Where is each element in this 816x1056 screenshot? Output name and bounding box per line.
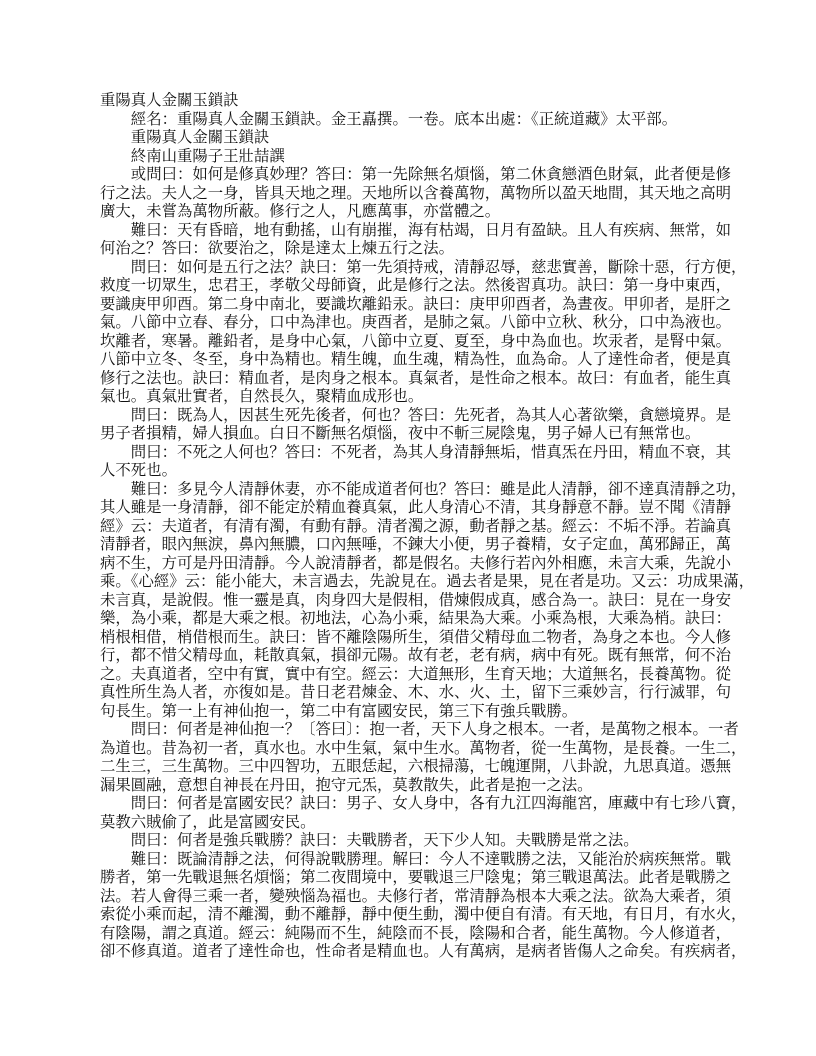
text-line: 勝者，第一先戰退無名煩惱；第二夜間境中，要戰退三尸陰鬼；第三戰退萬法。此者是戰勝… bbox=[100, 869, 760, 888]
text-block: 重陽真人金關玉鎖訣經名：重陽真人金關玉鎖訣。金王嚞撰。一卷。底本出處：《正統道藏… bbox=[100, 92, 760, 962]
text-line: 修行之法也。訣曰：精血者，是肉身之根本。真氣者，是性命之根本。故曰：有血者，能生… bbox=[100, 370, 760, 389]
text-line: 未言真，是說假。惟一靈是真，肉身四大是假相，借煉假成真，感合為一。訣曰：見在一身… bbox=[100, 592, 760, 611]
text-line: 二生三，三生萬物。三中四智功，五眼恁起，六根掃蕩，七魄運開，八卦說，九思真道。憑… bbox=[100, 758, 760, 777]
text-line: 為道也。昔為初一者，真水也。水中生氣，氣中生水。萬物者，從一生萬物，是長養。一生… bbox=[100, 740, 760, 759]
text-line: 問曰：不死之人何也？答曰：不死者，為其人身清靜無垢，惜真炁在丹田，精血不衰，其 bbox=[100, 444, 760, 463]
text-line: 要識庚甲卯酉。第二身中南北，要識坎離鉛汞。訣曰：庚甲卯酉者，為晝夜。甲卯者，是肝… bbox=[100, 296, 760, 315]
text-line: 問曰：既為人，因甚生死先後者，何也？答曰：先死者，為其人心著欲樂，貪戀境界。是 bbox=[100, 407, 760, 426]
text-line: 索從小乘而起，清不離濁，動不離靜，靜中便生動，濁中便自有清。有天地，有日月，有水… bbox=[100, 906, 760, 925]
text-line: 經名：重陽真人金關玉鎖訣。金王嚞撰。一卷。底本出處：《正統道藏》太平部。 bbox=[100, 111, 760, 130]
text-line: 梢根相借，梢借根而生。訣曰：皆不離陰陽所生，須借父精母血二物者，為身之本也。今人… bbox=[100, 629, 760, 648]
text-line: 真性所生為人者，亦復如是。昔日老君煉金、木、水、火、土，留下三乘妙言，行行滅罪，… bbox=[100, 684, 760, 703]
text-line: 病不生，方可是丹田清靜。今人說清靜者，都是假名。夫修行若內外相應，未言大乘，先說… bbox=[100, 555, 760, 574]
text-line: 句長生。第一上有神仙抱一，第二中有富國安民，第三下有強兵戰勝。 bbox=[100, 703, 760, 722]
text-line: 卻不修真道。道者了達性命也，性命者是精血也。人有萬病，是病者皆傷人之命矣。有疾病… bbox=[100, 943, 760, 962]
text-line: 難曰：既論清靜之法，何得說戰勝理。解曰：今人不達戰勝之法，又能治於病疾無常。戰 bbox=[100, 851, 760, 870]
text-line: 氣也。真氣壯實者，自然長久，聚精血成形也。 bbox=[100, 388, 760, 407]
text-line: 行，都不惜父精母血，耗散真氣，損卻元陽。故有老，老有病，病中有死。既有無常，何不… bbox=[100, 647, 760, 666]
text-line: 何治之？答曰：欲要治之，除是達太上煉五行之法。 bbox=[100, 240, 760, 259]
text-line: 法。若人會得三乘一者，變殃惱為福也。夫修行者，常清靜為根本大乘之法。欲為大乘者，… bbox=[100, 888, 760, 907]
text-line: 男子者損精，婦人損血。白日不斷無名煩惱，夜中不斬三屍陰鬼，男子婦人已有無常也。 bbox=[100, 425, 760, 444]
text-line: 坎離者，寒暑。離鉛者，是身中心氣，八節中立夏、夏至，身中為血也。坎汞者，是腎中氣… bbox=[100, 333, 760, 352]
text-line: 行之法。夫人之一身，皆具天地之理。天地所以含養萬物，萬物所以盈天地間，其天地之高… bbox=[100, 185, 760, 204]
text-line: 漏果圓融，意想自神長在丹田，抱守元炁，莫教散失，此者是抱一之法。 bbox=[100, 777, 760, 796]
text-line: 經》云：夫道者，有清有濁，有動有靜。清者濁之源，動者靜之基。經云：不垢不淨。若論… bbox=[100, 518, 760, 537]
text-line: 有陰陽，謂之真道。經云：純陽而不生，純陰而不長，陰陽和合者，能生萬物。今人修道者… bbox=[100, 925, 760, 944]
text-line: 人不死也。 bbox=[100, 462, 760, 481]
text-line: 乘。《心經》云：能小能大，未言過去，先說見在。過去者是果，見在者是功。又云：功成… bbox=[100, 573, 760, 592]
text-line: 問曰：何者是富國安民？訣曰：男子、女人身中，各有九江四海龍宮，庫藏中有七珍八寶， bbox=[100, 795, 760, 814]
text-line: 終南山重陽子王壯喆譔 bbox=[100, 148, 760, 167]
text-line: 之。夫真道者，空中有實，實中有空。經云：大道無形，生育天地；大道無名，長養萬物。… bbox=[100, 666, 760, 685]
text-line: 或問曰：如何是修真妙理？答曰：第一先除無名煩惱，第二休貪戀酒色財氣，此者便是修 bbox=[100, 166, 760, 185]
text-line: 重陽真人金關玉鎖訣 bbox=[100, 129, 760, 148]
text-line: 難曰：多見今人清靜休妻，亦不能成道者何也？答曰：雖是此人清靜，卻不達真清靜之功， bbox=[100, 481, 760, 500]
text-line: 樂，為小乘，都是大乘之根。初地法，心為小乘，結果為大乘。小乘為根，大乘為梢。訣曰… bbox=[100, 610, 760, 629]
text-line: 莫教六賊偷了，此是富國安民。 bbox=[100, 814, 760, 833]
text-line: 清靜者，眼內無淚，鼻內無膿，口內無唾，不鍊大小便，男子養精，女子定血，萬邪歸正，… bbox=[100, 536, 760, 555]
text-line: 氣。八節中立春、春分，口中為津也。庚酉者，是肺之氣。八節中立秋、秋分，口中為液也… bbox=[100, 314, 760, 333]
document-page: 重陽真人金關玉鎖訣經名：重陽真人金關玉鎖訣。金王嚞撰。一卷。底本出處：《正統道藏… bbox=[0, 0, 816, 1056]
text-line: 廣大，未嘗為萬物所蔽。修行之人，凡應萬事，亦當體之。 bbox=[100, 203, 760, 222]
text-line: 問曰：何者是神仙抱一？〔答曰〕：抱一者，天下人身之根本。一者，是萬物之根本。一者 bbox=[100, 721, 760, 740]
document-title: 重陽真人金關玉鎖訣 bbox=[100, 92, 760, 111]
text-line: 救度一切眾生，忠君王，孝敬父母師資，此是修行之法。然後習真功。訣曰：第一身中東西… bbox=[100, 277, 760, 296]
text-line: 問曰：何者是強兵戰勝？訣曰：夫戰勝者，天下少人知。夫戰勝是常之法。 bbox=[100, 832, 760, 851]
text-line: 其人雖是一身清靜，卻不能定於精血養真氣，此人身清心不清，其身靜意不靜。豈不聞《清… bbox=[100, 499, 760, 518]
text-line: 問曰：如何是五行之法？訣曰：第一先須持戒，清靜忍辱，慈悲實善，斷除十惡，行方便， bbox=[100, 259, 760, 278]
text-line: 難曰：天有昏暗，地有動搖，山有崩摧，海有枯竭，日月有盈缺。且人有疾病、無常，如 bbox=[100, 222, 760, 241]
text-line: 八節中立冬、冬至，身中為精也。精生魄，血生魂，精為性，血為命。人了達性命者，便是… bbox=[100, 351, 760, 370]
